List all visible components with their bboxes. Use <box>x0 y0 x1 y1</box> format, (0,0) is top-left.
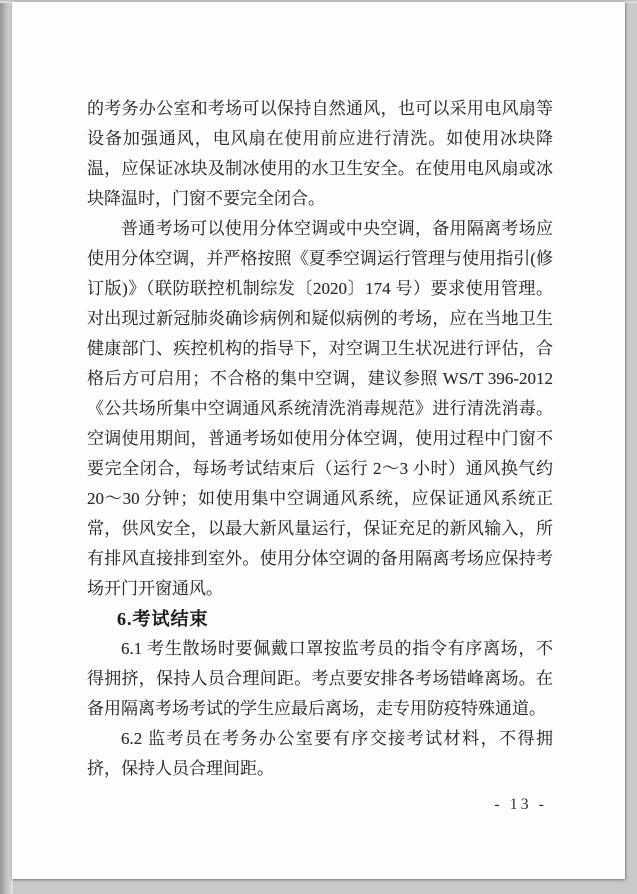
paragraph-air-conditioning-rules: 普通考场可以使用分体空调或中央空调，备用隔离考场应使用分体空调，并严格按照《夏季… <box>87 214 553 604</box>
paragraph-6-2-invigilator-handover: 6.2 监考员在考务办公室要有序交接考试材料，不得拥挤，保持人员合理间距。 <box>87 724 553 784</box>
scanned-document-view: { "page": { "page_number": "- 13 -", "co… <box>0 0 637 894</box>
paragraph-6-1-student-dismissal: 6.1 考生散场时要佩戴口罩按监考员的指令有序离场，不得拥挤，保持人员合理间距。… <box>87 634 553 724</box>
section-heading-exam-end: 6.考试结束 <box>87 604 553 634</box>
document-body: 的考务办公室和考场可以保持自然通风，也可以采用电风扇等设备加强通风，电风扇在使用… <box>87 94 553 784</box>
document-page: 的考务办公室和考场可以保持自然通风，也可以采用电风扇等设备加强通风，电风扇在使用… <box>12 2 625 879</box>
page-number: - 13 - <box>494 796 547 814</box>
paragraph-ventilation-continued: 的考务办公室和考场可以保持自然通风，也可以采用电风扇等设备加强通风，电风扇在使用… <box>87 94 553 214</box>
